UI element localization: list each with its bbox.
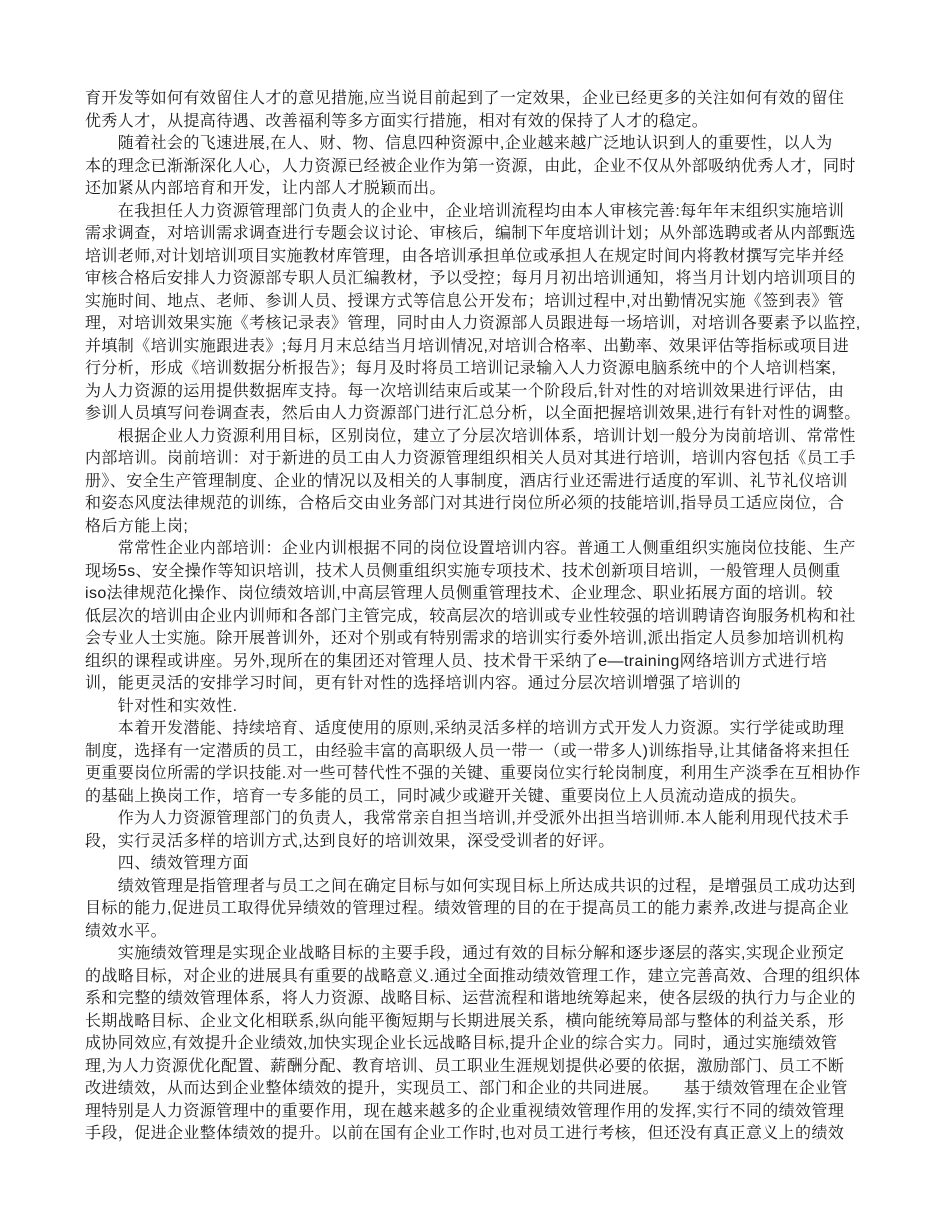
text-line: 行分析，形成《培训数据分析报告》；每月及时将员工培训记录输入人力资源电脑系统中的… <box>85 358 875 381</box>
document-page: 育开发等如何有效留住人才的意见措施,应当说目前起到了一定效果，企业已经更多的关注… <box>0 0 950 1230</box>
text-line: 为人力资源的运用提供数据库支持。每一次培训结束后或某一个阶段后,针对性的对培训效… <box>85 381 875 404</box>
text-line: 内部培训。岗前培训：对于新进的员工由人力资源管理组织相关人员对其进行培训，培训内… <box>85 448 875 471</box>
text-line: 制度，选择有一定潜质的员工，由经验丰富的高职级人员一带一（或一带多人)训练指导,… <box>85 741 875 764</box>
text-line: 和姿态风度法律规范的训练，合格后交由业务部门对其进行岗位所必须的技能培训,指导员… <box>85 493 875 516</box>
text-line: 更重要岗位所需的学识技能.对一些可替代性不强的关键、重要岗位实行轮岗制度，利用生… <box>85 763 875 786</box>
text-line: 参训人员填写问卷调查表，然后由人力资源部门进行汇总分析，以全面把握培训效果,进行… <box>85 403 875 426</box>
text-line: 理特别是人力资源管理中的重要作用，现在越来越多的企业重视绩效管理作用的发挥,实行… <box>85 1101 875 1124</box>
document-text: 育开发等如何有效留住人才的意见措施,应当说目前起到了一定效果，企业已经更多的关注… <box>85 88 875 1146</box>
text-line: 培训老师,对计划培训项目实施教材库管理，由各培训承担单位或承担人在规定时间内将教… <box>85 246 875 269</box>
text-line: 册》、安全生产管理制度、企业的情况以及相关的人事制度，酒店行业还需进行适度的军训… <box>85 471 875 494</box>
text-line: 组织的课程或讲座。另外,现所在的集团还对管理人员、技术骨干采纳了e—traini… <box>85 651 875 674</box>
text-line: 手段，促进企业整体绩效的提升。以前在国有企业工作时,也对员工进行考核，但还没有真… <box>85 1123 875 1146</box>
text-line: 随着社会的飞速进展,在人、财、物、信息四种资源中,企业越来越广泛地认识到人的重要… <box>85 133 875 156</box>
text-line: 训，能更灵活的安排学习时间，更有针对性的选择培训内容。通过分层次培训增强了培训的 <box>85 673 875 696</box>
text-line: 还加紧从内部培育和开发，让内部人才脱颖而出。 <box>85 178 875 201</box>
text-line: 的战略目标，对企业的进展具有重要的战略意义.通过全面推动绩效管理工作，建立完善高… <box>85 966 875 989</box>
text-line: 在我担任人力资源管理部门负责人的企业中，企业培训流程均由本人审核完善:每年年末组… <box>85 201 875 224</box>
text-line: 并填制《培训实施跟进表》;每月月末总结当月培训情况,对培训合格率、出勤率、效果评… <box>85 336 875 359</box>
text-line: 格后方能上岗; <box>85 516 875 539</box>
text-line: 绩效水平。 <box>85 921 875 944</box>
text-line: 作为人力资源管理部门的负责人，我常常亲自担当培训,并受派外出担当培训师.本人能利… <box>85 808 875 831</box>
text-line: 目标的能力,促进员工取得优异绩效的管理过程。绩效管理的目的在于提高员工的能力素养… <box>85 898 875 921</box>
text-line: 绩效管理是指管理者与员工之间在确定目标与如何实现目标上所达成共识的过程，是增强员… <box>85 876 875 899</box>
text-line: 需求调查，对培训需求调查进行专题会议讨论、审核后，编制下年度培训计划；从外部选聘… <box>85 223 875 246</box>
text-line: 本的理念已渐渐深化人心，人力资源已经被企业作为第一资源，由此，企业不仅从外部吸纳… <box>85 156 875 179</box>
text-line: 改进绩效，从而达到企业整体绩效的提升，实现员工、部门和企业的共同进展。 基于绩效… <box>85 1078 875 1101</box>
text-line: 审核合格后安排人力资源部专职人员汇编教材，予以受控；每月月初出培训通知，将当月计… <box>85 268 875 291</box>
text-line: 成协同效应,有效提升企业绩效,加快实现企业长远战略目标,提升企业的综合实力。同时… <box>85 1033 875 1056</box>
text-line: 针对性和实效性. <box>85 696 875 719</box>
text-line: 四、绩效管理方面 <box>85 853 875 876</box>
text-line: 会专业人士实施。除开展普训外，还对个别或有特别需求的培训实行委外培训,派出指定人… <box>85 628 875 651</box>
text-line: 优秀人才，从提高待遇、改善福利等多方面实行措施，相对有效的保持了人才的稳定。 <box>85 111 875 134</box>
text-line: 段，实行灵活多样的培训方式,达到良好的培训效果，深受受训者的好评。 <box>85 831 875 854</box>
text-line: 系和完整的绩效管理体系，将人力资源、战略目标、运营流程和谐地统筹起来，使各层级的… <box>85 988 875 1011</box>
text-line: 本着开发潜能、持续培育、适度使用的原则,采纳灵活多样的培训方式开发人力资源。实行… <box>85 718 875 741</box>
text-line: 实施绩效管理是实现企业战略目标的主要手段，通过有效的目标分解和逐步逐层的落实,实… <box>85 943 875 966</box>
text-line: 长期战略目标、企业文化相联系,纵向能平衡短期与长期进展关系，横向能统筹局部与整体… <box>85 1011 875 1034</box>
text-line: 的基础上换岗工作，培育一专多能的员工，同时减少或避开关键、重要岗位上人员流动造成… <box>85 786 875 809</box>
text-line: 低层次的培训由企业内训师和各部门主管完成，较高层次的培训或专业性较强的培训聘请咨… <box>85 606 875 629</box>
text-line: 常常性企业内部培训：企业内训根据不同的岗位设置培训内容。普通工人侧重组织实施岗位… <box>85 538 875 561</box>
text-line: 育开发等如何有效留住人才的意见措施,应当说目前起到了一定效果，企业已经更多的关注… <box>85 88 875 111</box>
text-line: 根据企业人力资源利用目标，区别岗位，建立了分层次培训体系，培训计划一般分为岗前培… <box>85 426 875 449</box>
text-line: iso法律规范化操作、岗位绩效培训,中高层管理人员侧重管理技术、企业理念、职业拓… <box>85 583 875 606</box>
text-line: 现场5s、安全操作等知识培训，技术人员侧重组织实施专项技术、技术创新项目培训，一… <box>85 561 875 584</box>
text-line: 理,为人力资源优化配置、薪酬分配、教育培训、员工职业生涯规划提供必要的依据，激励… <box>85 1056 875 1079</box>
text-line: 实施时间、地点、老师、参训人员、授课方式等信息公开发布；培训过程中,对出勤情况实… <box>85 291 875 314</box>
text-line: 理，对培训效果实施《考核记录表》管理，同时由人力资源部人员跟进每一场培训，对培训… <box>85 313 875 336</box>
